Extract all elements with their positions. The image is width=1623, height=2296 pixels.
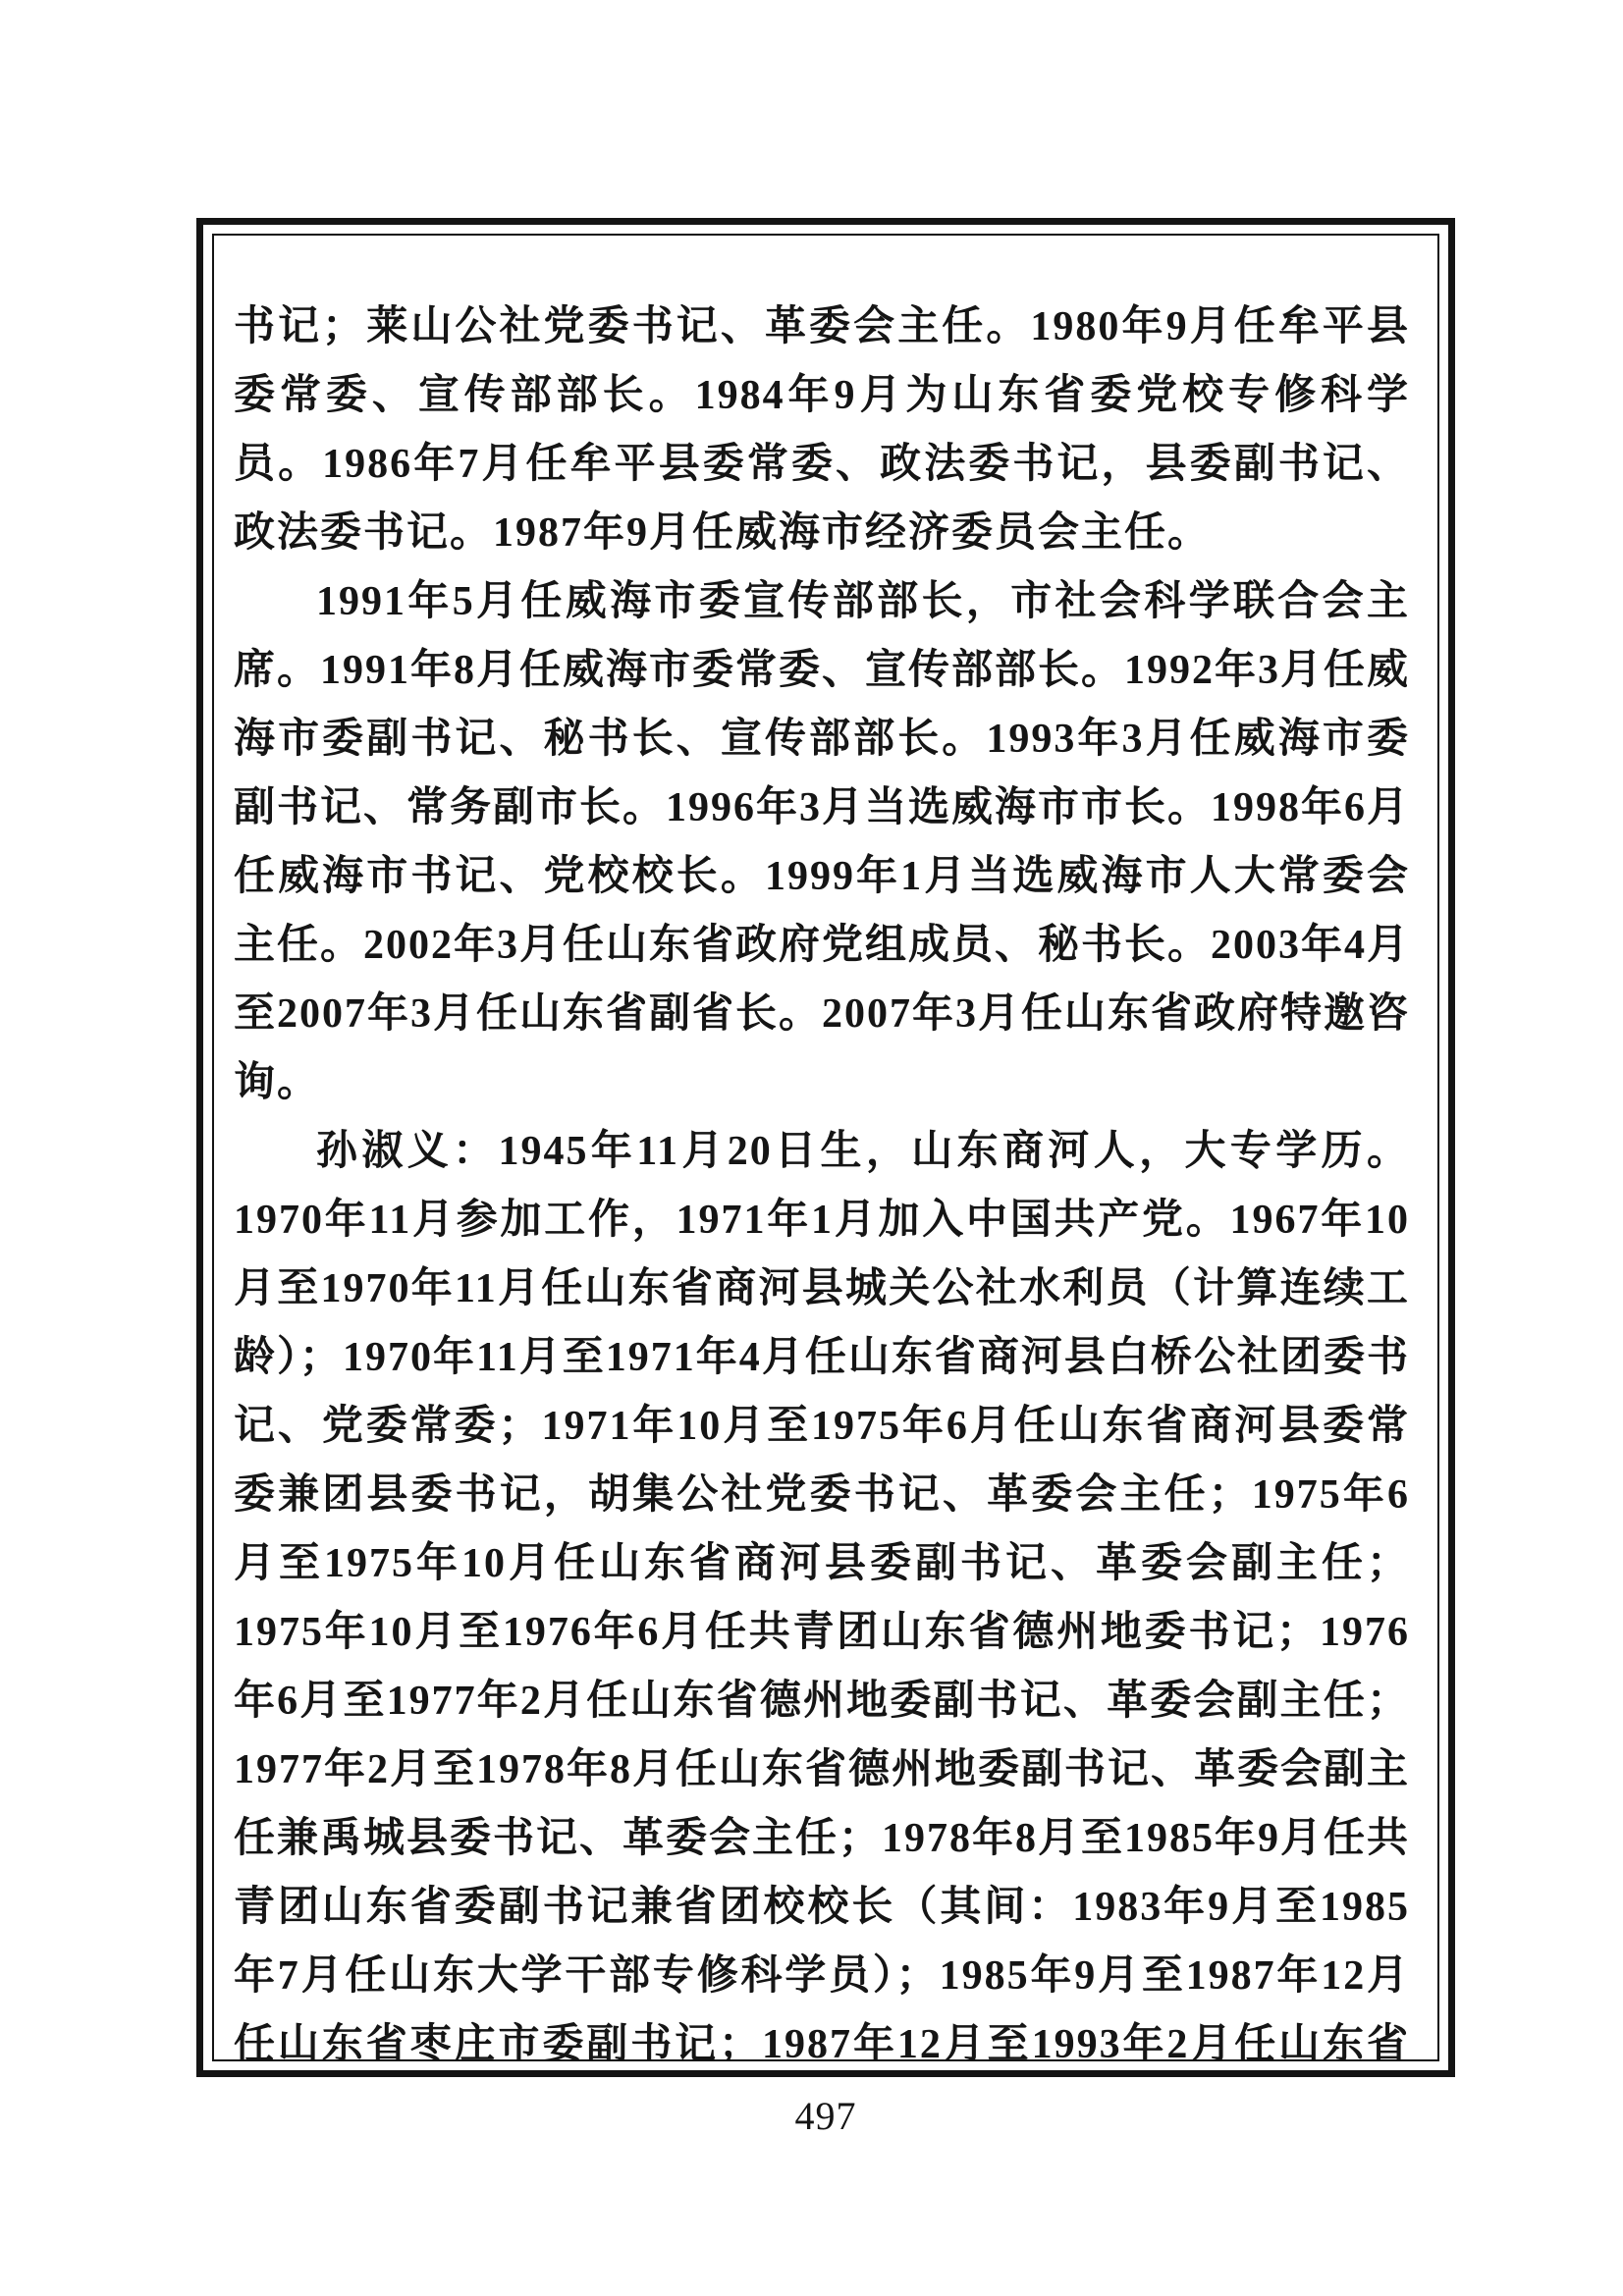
text-block: 书记；莱山公社党委书记、革委会主任。1980年9月任牟平县委常委、宣传部部长。1… [214, 236, 1437, 2059]
page-frame-inner: 书记；莱山公社党委书记、革委会主任。1980年9月任牟平县委常委、宣传部部长。1… [212, 234, 1439, 2061]
page-frame-outer: 书记；莱山公社党委书记、革委会主任。1980年9月任牟平县委常委、宣传部部长。1… [196, 218, 1455, 2077]
paragraph: 孙淑义：1945年11月20日生，山东商河人，大专学历。1970年11月参加工作… [234, 1117, 1410, 2059]
document-page: { "content": { "paragraphs": [ { "indent… [0, 0, 1623, 2296]
paragraph: 1991年5月任威海市委宣传部部长，市社会科学联合会主席。1991年8月任威海市… [234, 567, 1410, 1117]
paragraph: 书记；莱山公社党委书记、革委会主任。1980年9月任牟平县委常委、宣传部部长。1… [234, 293, 1410, 567]
page-number: 497 [196, 2093, 1455, 2139]
